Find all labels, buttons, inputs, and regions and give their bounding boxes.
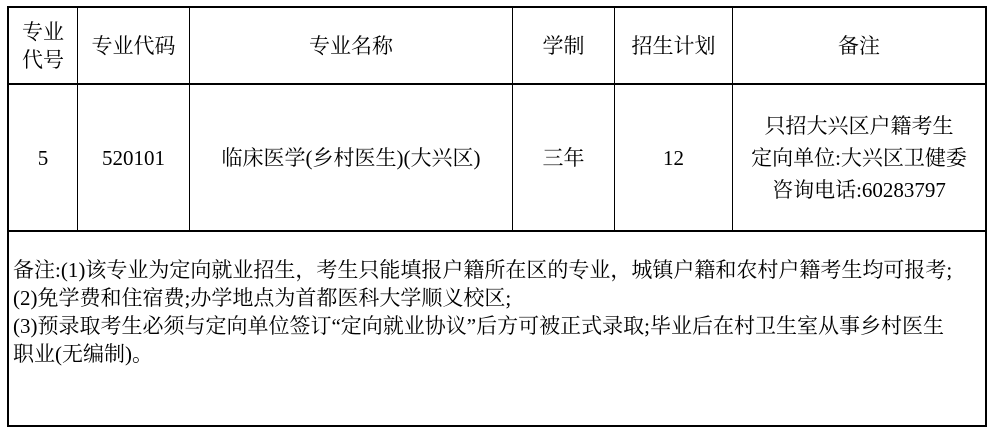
header-cell-remarks: 备注 xyxy=(733,8,985,85)
header-cell-major-no: 专业 代号 xyxy=(9,8,78,85)
majors-table: 专业 代号 专业代码 专业名称 学制 招生计划 备注 5 520101 临床医学… xyxy=(9,8,985,232)
header-cell-major-name: 专业名称 xyxy=(190,8,513,85)
cell-major-no: 5 xyxy=(9,85,78,232)
cell-enrollment-plan: 12 xyxy=(615,85,733,232)
notes-paragraph-1: 备注:(1)该专业为定向就业招生，考生只能填报户籍所在区的专业，城镇户籍和农村户… xyxy=(13,256,955,284)
cell-remarks: 只招大兴区户籍考生 定向单位:大兴区卫健委 咨询电话:60283797 xyxy=(733,85,985,232)
cell-duration: 三年 xyxy=(513,85,615,232)
notes-section: 备注:(1)该专业为定向就业招生，考生只能填报户籍所在区的专业，城镇户籍和农村户… xyxy=(9,232,985,368)
header-cell-major-code: 专业代码 xyxy=(78,8,190,85)
cell-major-name: 临床医学(乡村医生)(大兴区) xyxy=(190,85,513,232)
header-cell-enrollment-plan: 招生计划 xyxy=(615,8,733,85)
header-cell-duration: 学制 xyxy=(513,8,615,85)
notes-paragraph-2: (2)免学费和住宿费;办学地点为首都医科大学顺义校区; xyxy=(13,284,955,312)
admissions-table-container: 专业 代号 专业代码 专业名称 学制 招生计划 备注 5 520101 临床医学… xyxy=(7,6,987,427)
cell-major-code: 520101 xyxy=(78,85,190,232)
admissions-plan-page: 专业 代号 专业代码 专业名称 学制 招生计划 备注 5 520101 临床医学… xyxy=(0,0,995,432)
notes-paragraph-3: (3)预录取考生必须与定向单位签订“定向就业协议”后方可被正式录取;毕业后在村卫… xyxy=(13,312,955,368)
